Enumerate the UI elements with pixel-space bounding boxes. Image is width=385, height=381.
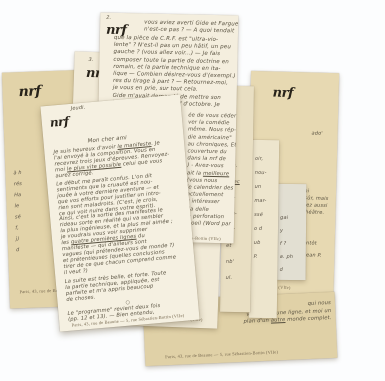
handwriting-fragments: oir,nou-unmar-sséo dubP. — [254, 152, 268, 264]
handwriting-line: j) — [16, 234, 25, 245]
handwriting-line: mar- — [254, 194, 266, 208]
handwriting-line: d'oeil (Word par — [186, 220, 232, 228]
letter-sheet-strip: oir,nou-unmar-sséo dubP. — [249, 140, 279, 318]
text: Jeudi. — [70, 105, 85, 112]
handwriting-fragments: gaiyf ?a. phd — [280, 212, 294, 277]
text: nrf — [18, 83, 41, 100]
text: 2. — [106, 15, 111, 21]
text: le calendrier des — [187, 184, 234, 191]
text: nrf — [49, 114, 69, 130]
text: a. ph — [280, 254, 293, 260]
text: nb' — [226, 259, 234, 265]
handwriting-line: ub — [254, 236, 266, 250]
text: ver la comédie — [188, 120, 230, 127]
text: ub — [254, 240, 261, 246]
text: d'oeil (Word par — [186, 220, 231, 227]
handwriting-line: n'est-ce pas ? — A quoi tendait — [144, 27, 236, 36]
text: y — [280, 228, 283, 234]
handwriting-line: f ? — [280, 238, 293, 251]
text: au chroniques, Et — [188, 141, 237, 148]
text: Ha — [14, 192, 21, 198]
letter-body-continued: ée de vous céderver la comédiemême. Nous… — [186, 112, 234, 228]
text: ul. — [226, 275, 233, 281]
handwriting-line: 2. — [106, 15, 111, 21]
text: à h — [13, 170, 21, 176]
handwriting-line: Jean P. — [304, 252, 321, 258]
text: même. Nous rép- — [188, 127, 236, 134]
text: 3. — [88, 57, 93, 63]
handwriting-line: nou- — [255, 166, 267, 180]
text: oir, — [255, 156, 263, 162]
handwriting-line: ul. — [225, 270, 238, 286]
handwriting-line: sé — [15, 212, 24, 223]
text: et — [226, 243, 231, 249]
letter-signature: Jean P. — [304, 252, 321, 258]
handwriting-line: gai — [280, 212, 293, 225]
text: ado' — [311, 130, 322, 136]
text: (vous nous — [187, 177, 218, 184]
text: dans la nrf de — [187, 156, 226, 163]
text: rés — [14, 181, 22, 187]
handwriting-line: o d — [254, 222, 266, 236]
letter-date: Jeudi. — [70, 105, 85, 112]
handwriting-line: y — [280, 225, 293, 238]
handwriting-line: d — [280, 264, 293, 277]
text: y intéresser — [186, 199, 219, 206]
text: sé — [15, 214, 21, 220]
text: plan d'un — [243, 318, 271, 325]
handwriting-line: f, — [15, 223, 24, 234]
handwriting-line: nrf — [49, 114, 69, 130]
text: nou- — [255, 170, 267, 176]
text: nrf — [272, 85, 293, 101]
handwriting-line: 3. — [88, 57, 93, 63]
text: n'est-ce pas ? — A quoi tendait — [144, 27, 234, 35]
text: couverture du — [187, 148, 226, 155]
handwriting-line: Ha — [14, 190, 23, 201]
handwriting-note: ado' — [311, 130, 322, 136]
text: qui nous — [308, 300, 332, 307]
text: P. — [254, 254, 258, 260]
handwriting-line: le — [14, 201, 23, 212]
nrf-logo: nrf — [49, 114, 69, 130]
handwriting-line: nrf — [18, 83, 41, 100]
text: gai — [280, 215, 288, 221]
text: die américaine" — [188, 134, 232, 141]
page-number: 3. — [88, 57, 93, 63]
text: d — [280, 267, 283, 273]
text: ) - Avez-vous — [187, 163, 224, 170]
text: j) — [16, 236, 20, 242]
page-number: 2. — [106, 15, 111, 21]
handwriting-line: P. — [254, 250, 266, 264]
text: f, — [15, 225, 19, 231]
handwriting-line: ado' — [311, 130, 322, 136]
handwriting-line: ssé — [254, 208, 266, 222]
text: ée de vous céder — [188, 112, 236, 119]
text: mar- — [254, 198, 266, 204]
text: monde complet. — [285, 315, 331, 323]
text: un — [255, 184, 262, 190]
text: il veut ?) — [64, 268, 88, 276]
letter-opening: vous aviez averti Gide et Fargue,n'est-c… — [144, 20, 236, 36]
handwriting-line: a. ph — [280, 251, 293, 264]
text: f ? — [280, 241, 287, 247]
text: le — [14, 203, 19, 209]
handwriting-line: nb' — [226, 254, 239, 270]
handwriting-line: oir, — [255, 152, 267, 166]
text: Paris, 43, rue de Beaune — 5, rue Sébast… — [165, 349, 278, 359]
handwriting-line: d — [16, 245, 25, 256]
text: ait la — [187, 170, 203, 176]
text: de choses. — [66, 294, 96, 303]
letter-paragraph-2: Le début me paraît confus. L'on ditsenti… — [56, 171, 192, 276]
underlined-text: meilleure — [203, 170, 229, 177]
text: d — [16, 247, 20, 253]
letter-sheet-front: Jeudi. nrf Mon cher ami Je suis heureux … — [40, 94, 199, 331]
handwriting-line: nrf — [272, 85, 293, 101]
text: la perforation — [186, 213, 224, 220]
text: o d — [254, 226, 262, 232]
nrf-logo: nrf — [272, 85, 293, 101]
text: actuellement — [187, 192, 224, 199]
handwriting-line: Paris, 43, rue de Beaune — 5, rue Sébast… — [165, 349, 278, 359]
text: ssé — [254, 212, 263, 218]
handwriting-line: à h — [13, 168, 22, 179]
text: Jean P. — [304, 252, 321, 258]
photograph-of-letters: nrf à hrésHaleséf,j)d Paris, 43, rue de … — [0, 0, 385, 381]
handwriting-line: rés — [14, 179, 23, 190]
letterhead-footer: Paris, 43, rue de Beaune — 5, rue Sébast… — [165, 349, 278, 359]
handwriting-line: Jeudi. — [70, 105, 85, 112]
nrf-logo: nrf — [18, 83, 41, 100]
handwriting-line: un — [254, 180, 266, 194]
letter-sheet-strip: gaiyf ?a. phd — [276, 184, 307, 280]
letter-margin-notes: à hrésHaleséf,j)d — [13, 168, 24, 256]
